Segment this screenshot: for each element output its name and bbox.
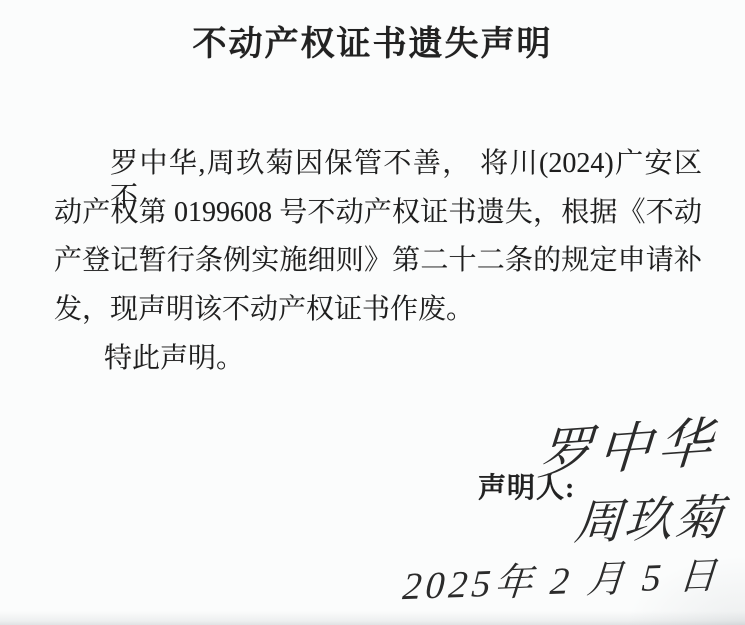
body-line-closing: 特此声明。 xyxy=(104,342,244,376)
date-handwritten: 2025年 2 月 5 日 xyxy=(401,557,721,606)
signature-handwritten-2: 周玖菊 xyxy=(573,495,726,548)
signature-handwritten-1: 罗中华 xyxy=(536,415,719,482)
body-line-2: 动产权第 0199608 号不动产权证书遗失，根据《不动 xyxy=(54,196,702,230)
scanned-declaration-document: 不动产权证书遗失声明 罗中华,周玖菊因保管不善， 将川(2024)广安区不 动产… xyxy=(0,0,745,625)
body-line-4: 发，现声明该不动产权证书作废。 xyxy=(54,293,474,327)
body-line-3: 产登记暂行条例实施细则》第二十二条的规定申请补 xyxy=(54,244,702,278)
scan-shadow-bottom xyxy=(0,611,745,625)
document-title: 不动产权证书遗失声明 xyxy=(0,16,745,65)
